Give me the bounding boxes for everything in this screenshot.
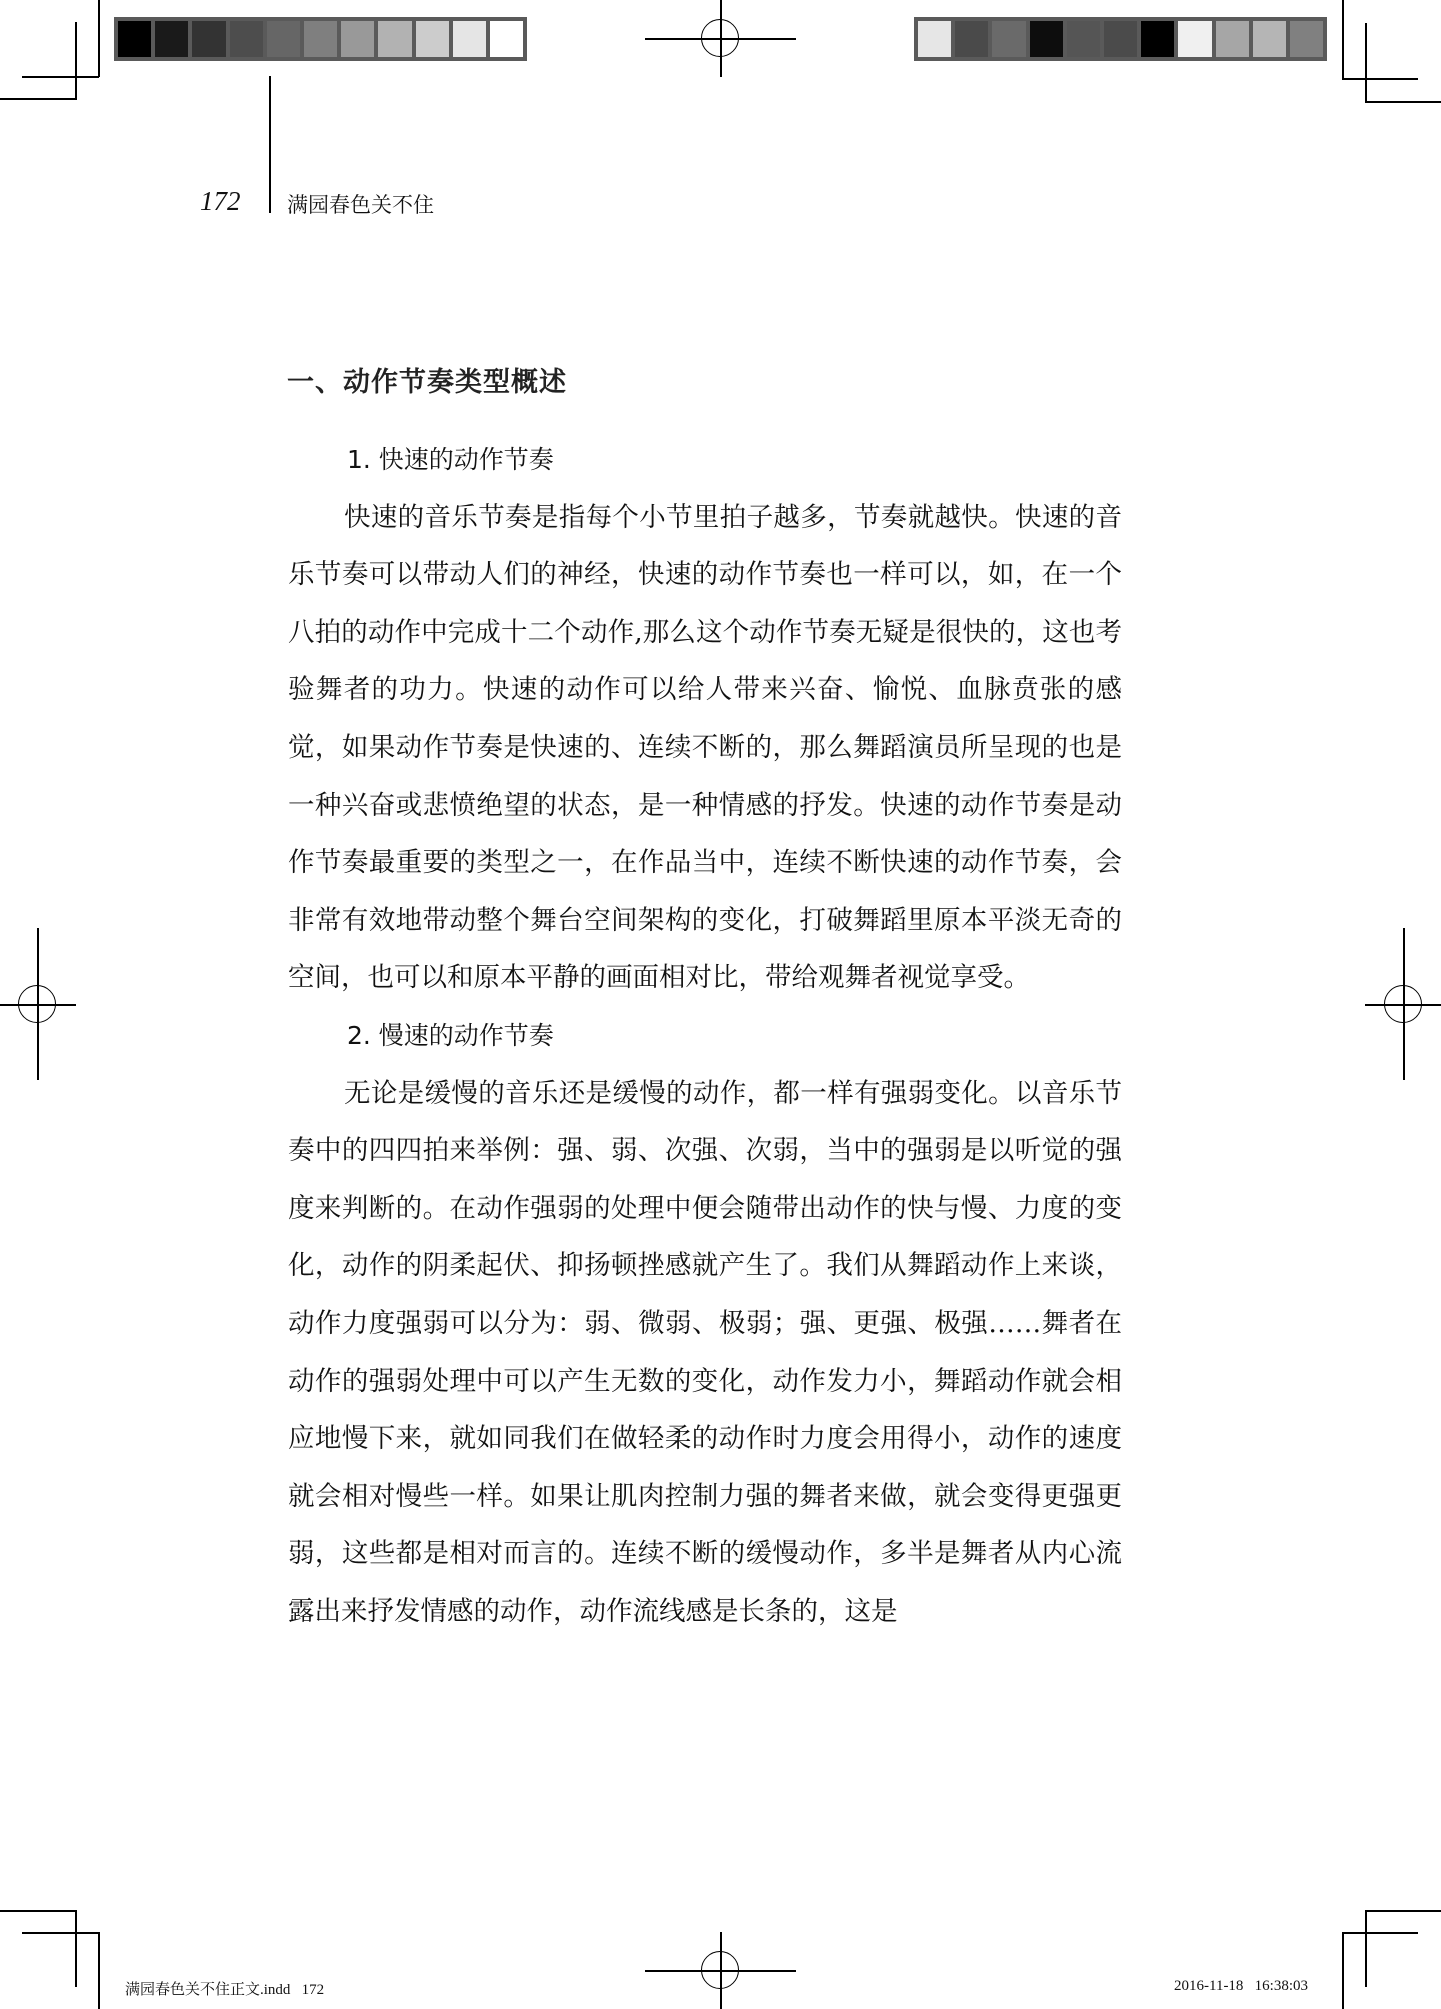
subsection-heading-2: 2. 慢速的动作节奏 [288, 1007, 1122, 1065]
crop-mark-top-right-h1 [1342, 78, 1418, 80]
color-swatch [490, 21, 523, 57]
color-swatch [1178, 21, 1211, 57]
crop-mark-top-right-v1 [1342, 0, 1344, 79]
color-swatch [1104, 21, 1137, 57]
crop-mark-top-right-h2 [1365, 101, 1441, 103]
body-content: 1. 快速的动作节奏 快速的音乐节奏是指每个小节里拍子越多，节奏就越快。快速的音… [288, 431, 1122, 1640]
color-swatch [1141, 21, 1174, 57]
slug-file-info: 满园春色关不住正文.indd 172 [125, 1978, 324, 1999]
crop-mark-top-right-v2 [1365, 23, 1367, 102]
color-swatch [267, 21, 300, 57]
color-swatch [341, 21, 374, 57]
subsection-heading-1: 1. 快速的动作节奏 [288, 431, 1122, 489]
crop-mark-bottom-left-h2 [22, 1932, 99, 1934]
crop-mark-top-left-h2 [0, 98, 77, 100]
color-swatch [304, 21, 337, 57]
color-swatch [453, 21, 486, 57]
color-swatch [155, 21, 188, 57]
color-swatch [118, 21, 151, 57]
header-rule [269, 76, 271, 213]
page-number: 172 [200, 186, 241, 217]
crop-mark-bottom-left-v2 [98, 1932, 100, 2009]
paragraph-1: 快速的音乐节奏是指每个小节里拍子越多，节奏就越快。快速的音乐节奏可以带动人们的神… [288, 489, 1122, 1007]
color-bar-left [114, 17, 527, 61]
color-swatch [992, 21, 1025, 57]
crop-mark-bottom-right-h2 [1342, 1932, 1418, 1934]
crop-mark-bottom-right-v1 [1365, 1910, 1367, 1987]
color-swatch [918, 21, 951, 57]
crop-mark-top-left-v2 [75, 22, 77, 99]
color-swatch [378, 21, 411, 57]
color-swatch [1253, 21, 1286, 57]
crop-mark-top-left-h1 [22, 76, 99, 78]
crop-mark-bottom-right-v2 [1342, 1932, 1344, 2009]
color-swatch [1030, 21, 1063, 57]
color-swatch [192, 21, 225, 57]
slug-timestamp: 2016-11-18 16:38:03 [1174, 1978, 1308, 1995]
color-swatch [1067, 21, 1100, 57]
running-title: 满园春色关不住 [287, 189, 434, 219]
paragraph-2: 无论是缓慢的音乐还是缓慢的动作，都一样有强弱变化。以音乐节奏中的四四拍来举例：强… [288, 1065, 1122, 1641]
color-swatch [1290, 21, 1323, 57]
crop-mark-bottom-left-h1 [0, 1910, 76, 1912]
color-swatch [1216, 21, 1249, 57]
section-title: 一、动作节奏类型概述 [287, 360, 567, 399]
color-bar-right [914, 17, 1327, 61]
color-swatch [416, 21, 449, 57]
crop-mark-top-left-v1 [98, 0, 100, 77]
crop-mark-bottom-right-h1 [1365, 1910, 1441, 1912]
crop-mark-bottom-left-v1 [75, 1910, 77, 1987]
color-swatch [955, 21, 988, 57]
color-swatch [230, 21, 263, 57]
